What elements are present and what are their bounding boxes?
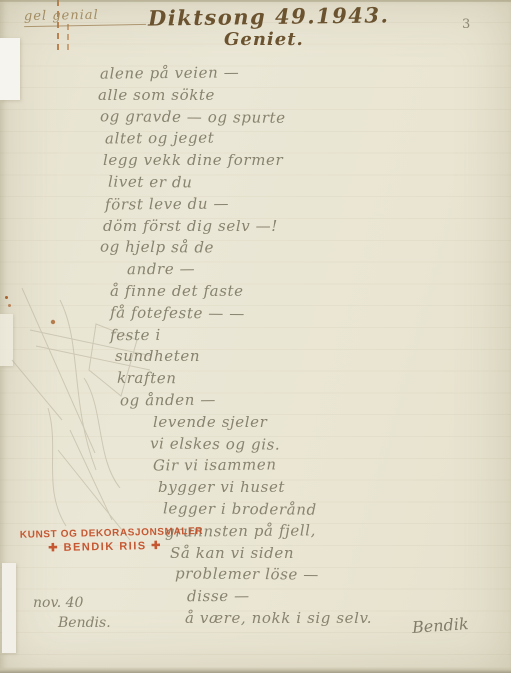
margin-note: gel genial: [24, 7, 146, 27]
poem-line: legg vekk dine former: [103, 151, 283, 169]
signature: Bendik: [411, 614, 469, 637]
tape-patch-bottom-left: [2, 563, 16, 653]
poem-line: livet er du: [108, 173, 193, 192]
poem-line: Gir vi isammen: [153, 456, 277, 475]
scan-top-edge: [0, 0, 511, 2]
poem-line: og gravde — og spurte: [100, 107, 286, 127]
poem-line: alene på veien —: [100, 63, 239, 82]
poem-line: legger i broderånd: [163, 499, 317, 518]
poem-line: vi elskes og gis.: [150, 434, 280, 453]
poem-line: levende sjeler: [153, 413, 267, 431]
glue-mark-dashed-line-2: [67, 24, 69, 50]
manuscript-page: gel genial Diktsong 49.1943. Geniet. 3 a…: [0, 0, 511, 673]
poem-title: Diktsong 49.1943.: [148, 2, 390, 30]
sketch-orange-dot: [51, 320, 55, 324]
poem-line: döm först dig selv —!: [103, 217, 278, 235]
poem-line: få fotefeste — —: [110, 303, 245, 322]
artist-stamp: KUNST OG DEKORASJONSMALER ✚ BENDIK RIIS …: [20, 526, 190, 555]
poem-line: og ånden —: [120, 391, 216, 410]
page-number: 3: [462, 17, 470, 32]
poem-line: å finne det faste: [110, 282, 244, 300]
poem-line: bygger vi huset: [158, 478, 285, 496]
poem-line: og hjelp så de: [100, 238, 214, 257]
date-note: nov. 40: [33, 595, 83, 611]
tape-patch-top-left: [0, 38, 20, 100]
poem-line: andre —: [127, 260, 195, 279]
poem-line: disse —: [187, 587, 250, 606]
poem-line: altet og jeget: [105, 129, 214, 148]
poem-line: problemer löse —: [175, 565, 319, 584]
poem-line: först leve du —: [105, 194, 229, 213]
poem-line: kraften: [117, 369, 177, 388]
scan-bottom-edge: [0, 667, 511, 673]
poem-subtitle: Geniet.: [224, 29, 304, 50]
poem-line: sundheten: [115, 347, 200, 365]
poem-line: å være, nokk i sig selv.: [185, 609, 372, 627]
poem-line: alle som sökte: [98, 86, 215, 104]
name-note: Bendis.: [58, 615, 111, 631]
poem-line: feste i: [110, 325, 161, 343]
